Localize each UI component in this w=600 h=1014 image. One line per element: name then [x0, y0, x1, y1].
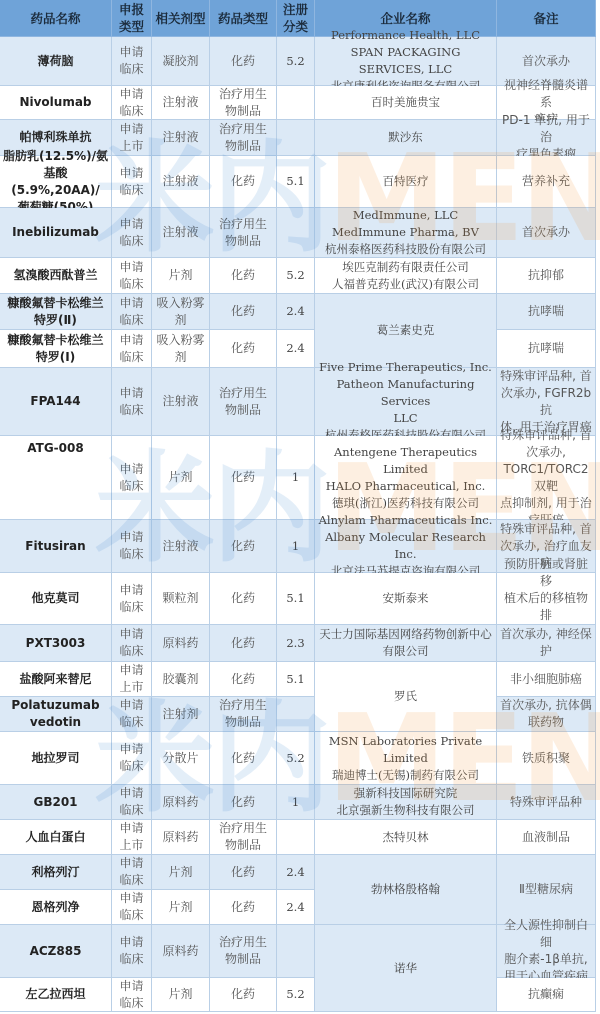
cell-application-type: 申请 临床	[112, 732, 152, 785]
cell-drug-name: FPA144	[0, 368, 112, 436]
cell-drug-type-text: 化药	[231, 671, 255, 688]
cell-drug-name-text: FPA144	[30, 393, 80, 410]
cell-company-name: 安斯泰来	[315, 573, 497, 625]
cell-company-name: 诺华	[315, 925, 497, 1012]
cell-company-name: MedImmune, LLC MedImmune Pharma, BV 杭州泰格…	[315, 208, 497, 258]
cell-registration-class: 5.1	[277, 573, 315, 625]
cell-drug-name: GB201	[0, 785, 112, 820]
cell-remarks-text: 全人源性抑制白细 胞介素-1β单抗, 用于心血管疾病	[500, 917, 592, 985]
cell-drug-type: 治疗用生 物制品	[210, 368, 277, 436]
cell-dosage-form-text: 分散片	[162, 750, 198, 767]
cell-registration-class-text: 1	[292, 469, 299, 486]
cell-remarks: PD-1 单抗, 用于治 疗黑色素瘤	[497, 120, 596, 156]
cell-drug-type-text: 治疗用生 物制品	[219, 820, 267, 854]
cell-remarks: 血液制品	[497, 820, 596, 855]
cell-dosage-form: 注射液	[152, 86, 210, 120]
cell-drug-type: 化药	[210, 37, 277, 86]
cell-application-type-text: 申请 临床	[119, 697, 143, 731]
cell-remarks: 抗哮喘	[497, 294, 596, 330]
cell-dosage-form-text: 片剂	[168, 986, 192, 1003]
cell-application-type: 申请 上市	[112, 820, 152, 855]
cell-company-name: 百时美施贵宝	[315, 86, 497, 120]
cell-drug-type: 化药	[210, 258, 277, 294]
cell-drug-name-text: PXT3003	[26, 635, 86, 652]
cell-drug-type: 化药	[210, 732, 277, 785]
cell-drug-name-text: Polatuzumab vedotin	[11, 697, 99, 731]
cell-drug-type-text: 化药	[231, 590, 255, 607]
cell-remarks: 抗抑郁	[497, 258, 596, 294]
cell-registration-class: 5.1	[277, 156, 315, 208]
cell-registration-class: 1	[277, 436, 315, 520]
cell-drug-name: ACZ885	[0, 925, 112, 978]
header-dosage-form: 相关剂型	[152, 0, 210, 37]
cell-application-type: 申请 临床	[112, 294, 152, 330]
cell-dosage-form-text: 注射液	[162, 94, 198, 111]
cell-application-type-text: 申请 临床	[119, 86, 143, 120]
cell-registration-class	[277, 368, 315, 436]
cell-application-type-text: 申请 临床	[119, 890, 143, 924]
cell-drug-type-text: 治疗用生 物制品	[219, 697, 267, 731]
cell-remarks: 铁质积聚	[497, 732, 596, 785]
cell-company-name-text: 安斯泰来	[383, 590, 429, 607]
cell-drug-name: 地拉罗司	[0, 732, 112, 785]
cell-drug-type-text: 化药	[231, 303, 255, 320]
cell-dosage-form: 原料药	[152, 925, 210, 978]
cell-application-type-text: 申请 临床	[119, 385, 143, 419]
cell-dosage-form-text: 原料药	[162, 943, 198, 960]
cell-dosage-form-text: 注射液	[162, 224, 198, 241]
cell-dosage-form: 吸入粉雾 剂	[152, 294, 210, 330]
cell-drug-name: 糠酸氟替卡松维兰 特罗(Ⅱ)	[0, 294, 112, 330]
cell-application-type: 申请 临床	[112, 855, 152, 890]
cell-drug-name: Polatuzumab vedotin	[0, 697, 112, 732]
cell-registration-class-text: 5.1	[286, 590, 304, 607]
cell-drug-type-text: 治疗用生 物制品	[219, 216, 267, 250]
cell-registration-class	[277, 86, 315, 120]
cell-dosage-form-text: 片剂	[168, 899, 192, 916]
header-application-type-text: 申报 类型	[119, 1, 144, 35]
cell-application-type: 申请 临床	[112, 625, 152, 662]
header-drug-type: 药品类型	[210, 0, 277, 37]
cell-application-type: 申请 临床	[112, 573, 152, 625]
cell-drug-name-text: 盐酸阿来替尼	[19, 671, 91, 688]
cell-company-name-text: 诺华	[394, 960, 417, 977]
cell-drug-name-text: 地拉罗司	[31, 750, 79, 767]
cell-drug-type: 化药	[210, 436, 277, 520]
cell-application-type: 申请 临床	[112, 436, 152, 520]
cell-company-name-text: 杰特贝林	[383, 829, 429, 846]
cell-company-name: 百特医疗	[315, 156, 497, 208]
cell-application-type-text: 申请 临床	[119, 934, 143, 968]
cell-dosage-form-text: 片剂	[168, 864, 192, 881]
cell-application-type-text: 申请 临床	[119, 855, 143, 889]
cell-drug-type: 化药	[210, 662, 277, 697]
cell-application-type-text: 申请 临床	[119, 332, 143, 366]
cell-drug-name: Inebilizumab	[0, 208, 112, 258]
cell-application-type: 申请 临床	[112, 37, 152, 86]
cell-drug-name: 恩格列净	[0, 890, 112, 925]
cell-registration-class-text: 2.4	[286, 340, 304, 357]
cell-dosage-form-text: 注射液	[162, 538, 198, 555]
cell-company-name: 勃林格殷格翰	[315, 855, 497, 925]
cell-drug-type-text: 化药	[231, 986, 255, 1003]
cell-application-type: 申请 临床	[112, 86, 152, 120]
cell-application-type: 申请 临床	[112, 330, 152, 368]
cell-company-name: 杰特贝林	[315, 820, 497, 855]
cell-dosage-form-text: 注射液	[162, 173, 198, 190]
cell-remarks: 预防肝脏或肾脏移 植术后的移植物排 斥反应	[497, 573, 596, 625]
cell-application-type: 申请 临床	[112, 697, 152, 732]
cell-registration-class-text: 5.2	[286, 267, 304, 284]
cell-remarks-text: 营养补充	[522, 173, 570, 190]
cell-company-name-text: 百时美施贵宝	[371, 94, 440, 111]
cell-application-type: 申请 临床	[112, 368, 152, 436]
cell-remarks: 抗哮喘	[497, 330, 596, 368]
cell-registration-class-text: 5.1	[286, 671, 304, 688]
cell-application-type: 申请 临床	[112, 978, 152, 1012]
cell-drug-name: 脂肪乳(12.5%)/氨 基酸(5.9%,20AA)/ 葡萄糖(50%)	[0, 156, 112, 208]
cell-drug-type: 化药	[210, 156, 277, 208]
cell-drug-type-text: 化药	[231, 750, 255, 767]
cell-drug-name-text: 帕博利珠单抗	[19, 129, 91, 146]
cell-drug-type-text: 化药	[231, 635, 255, 652]
cell-dosage-form: 分散片	[152, 732, 210, 785]
cell-drug-name: ATG-008	[0, 436, 112, 520]
cell-dosage-form: 注射液	[152, 120, 210, 156]
cell-drug-name-text: ACZ885	[30, 943, 82, 960]
cell-remarks-text: 特殊审评品种, 首 次承办, TORC1/TORC2 双靶 点抑制剂, 用于治 …	[500, 427, 592, 529]
header-remarks: 备注	[497, 0, 596, 37]
cell-drug-type-text: 治疗用生 物制品	[219, 934, 267, 968]
cell-remarks-text: 抗哮喘	[528, 303, 564, 320]
cell-application-type-text: 申请 临床	[119, 582, 143, 616]
cell-company-name: Antengene Therapeutics Limited HALO Phar…	[315, 436, 497, 520]
cell-company-name: 罗氏	[315, 662, 497, 732]
cell-application-type-text: 申请 临床	[119, 626, 143, 660]
cell-dosage-form-text: 凝胶剂	[162, 53, 198, 70]
cell-dosage-form: 胶囊剂	[152, 662, 210, 697]
cell-registration-class: 1	[277, 520, 315, 573]
cell-remarks-text: 非小细胞肺癌	[510, 671, 582, 688]
cell-drug-name-text: 人血白蛋白	[25, 829, 85, 846]
cell-registration-class: 2.4	[277, 890, 315, 925]
cell-application-type-text: 申请 上市	[119, 662, 143, 696]
cell-remarks-text: Ⅱ型糖尿病	[519, 881, 573, 898]
cell-drug-type-text: 治疗用生 物制品	[219, 121, 267, 155]
cell-drug-type: 化药	[210, 855, 277, 890]
cell-company-name: 强新科技国际研究院 北京强新生物科技有限公司	[315, 785, 497, 820]
cell-dosage-form: 注射剂	[152, 697, 210, 732]
cell-dosage-form: 注射液	[152, 368, 210, 436]
cell-drug-name-text: ATG-008	[27, 440, 83, 457]
cell-application-type: 申请 上市	[112, 662, 152, 697]
cell-drug-name: 氢溴酸西酞普兰	[0, 258, 112, 294]
cell-registration-class: 2.4	[277, 294, 315, 330]
cell-drug-type-text: 治疗用生 物制品	[219, 385, 267, 419]
header-drug-type-text: 药品类型	[218, 10, 268, 27]
cell-drug-type: 治疗用生 物制品	[210, 86, 277, 120]
cell-application-type-text: 申请 临床	[119, 529, 143, 563]
cell-drug-name: PXT3003	[0, 625, 112, 662]
cell-drug-type: 化药	[210, 625, 277, 662]
cell-remarks-text: 首次承办, 抗体偶 联药物	[500, 697, 592, 731]
header-dosage-form-text: 相关剂型	[155, 10, 205, 27]
cell-dosage-form: 吸入粉雾 剂	[152, 330, 210, 368]
cell-registration-class-text: 1	[292, 794, 299, 811]
cell-application-type-text: 申请 临床	[119, 461, 143, 495]
cell-drug-type: 化药	[210, 890, 277, 925]
header-remarks-text: 备注	[533, 10, 558, 27]
cell-application-type: 申请 临床	[112, 208, 152, 258]
cell-remarks-text: 抗抑郁	[528, 267, 564, 284]
cell-drug-type: 化药	[210, 294, 277, 330]
cell-company-name-text: MedImmune, LLC MedImmune Pharma, BV 杭州泰格…	[325, 207, 486, 258]
cell-drug-type-text: 化药	[231, 173, 255, 190]
cell-drug-name-text: 薄荷脑	[37, 53, 73, 70]
cell-company-name: 埃匹克制药有限责任公司 人福普克药业(武汉)有限公司	[315, 258, 497, 294]
cell-remarks-text: 铁质积聚	[522, 750, 570, 767]
cell-application-type: 申请 临床	[112, 258, 152, 294]
cell-drug-name: 利格列汀	[0, 855, 112, 890]
cell-drug-type: 治疗用生 物制品	[210, 925, 277, 978]
cell-drug-name-text: GB201	[33, 794, 77, 811]
cell-remarks: 特殊审评品种	[497, 785, 596, 820]
cell-remarks: 首次承办, 抗体偶 联药物	[497, 697, 596, 732]
cell-drug-type: 化药	[210, 785, 277, 820]
cell-drug-name-text: 脂肪乳(12.5%)/氨 基酸(5.9%,20AA)/ 葡萄糖(50%)	[3, 148, 108, 216]
cell-registration-class-text: 5.2	[286, 986, 304, 1003]
cell-company-name: Performance Health, LLC SPAN PACKAGING S…	[315, 37, 497, 86]
cell-dosage-form-text: 片剂	[168, 469, 192, 486]
cell-drug-type: 治疗用生 物制品	[210, 208, 277, 258]
cell-company-name: Five Prime Therapeutics, Inc. Patheon Ma…	[315, 368, 497, 436]
cell-dosage-form: 注射液	[152, 520, 210, 573]
cell-remarks: 首次承办, 神经保 护	[497, 625, 596, 662]
cell-dosage-form: 原料药	[152, 820, 210, 855]
cell-application-type: 申请 临床	[112, 925, 152, 978]
cell-dosage-form: 颗粒剂	[152, 573, 210, 625]
cell-dosage-form: 凝胶剂	[152, 37, 210, 86]
cell-dosage-form: 原料药	[152, 785, 210, 820]
cell-drug-name: 薄荷脑	[0, 37, 112, 86]
cell-drug-name: 人血白蛋白	[0, 820, 112, 855]
cell-drug-type-text: 化药	[231, 267, 255, 284]
cell-remarks-text: 首次承办	[522, 224, 570, 241]
cell-dosage-form: 原料药	[152, 625, 210, 662]
cell-drug-name: 盐酸阿来替尼	[0, 662, 112, 697]
cell-remarks: 首次承办	[497, 208, 596, 258]
cell-company-name: 葛兰素史克	[315, 294, 497, 368]
cell-registration-class-text: 5.1	[286, 173, 304, 190]
cell-registration-class-text: 5.2	[286, 53, 304, 70]
cell-dosage-form: 片剂	[152, 978, 210, 1012]
cell-application-type-text: 申请 临床	[119, 741, 143, 775]
cell-drug-name: 他克莫司	[0, 573, 112, 625]
header-application-type: 申报 类型	[112, 0, 152, 37]
cell-registration-class: 5.2	[277, 978, 315, 1012]
cell-drug-name: 左乙拉西坦	[0, 978, 112, 1012]
cell-drug-name-text: 利格列汀	[31, 864, 79, 881]
cell-dosage-form-text: 胶囊剂	[162, 671, 198, 688]
cell-application-type-text: 申请 临床	[119, 216, 143, 250]
cell-application-type-text: 申请 临床	[119, 165, 143, 199]
cell-application-type-text: 申请 临床	[119, 785, 143, 819]
cell-drug-type-text: 化药	[231, 340, 255, 357]
cell-drug-name-text: 糠酸氟替卡松维兰 特罗(Ⅱ)	[7, 295, 103, 329]
cell-application-type: 申请 临床	[112, 785, 152, 820]
cell-drug-name: Nivolumab	[0, 86, 112, 120]
cell-application-type-text: 申请 临床	[119, 259, 143, 293]
cell-dosage-form: 注射液	[152, 208, 210, 258]
cell-drug-name-text: Fitusiran	[25, 538, 85, 555]
cell-registration-class	[277, 697, 315, 732]
cell-dosage-form-text: 片剂	[168, 267, 192, 284]
cell-remarks: 抗癫痫	[497, 978, 596, 1012]
cell-registration-class	[277, 120, 315, 156]
cell-remarks-text: 特殊审评品种	[510, 794, 582, 811]
cell-application-type-text: 申请 上市	[119, 121, 143, 155]
cell-remarks-text: 特殊审评品种, 首 次承办, FGFR2b 抗 体, 用于治疗胃癌	[500, 368, 592, 436]
cell-company-name: 天士力国际基因网络药物创新中心 有限公司	[315, 625, 497, 662]
cell-registration-class	[277, 925, 315, 978]
cell-remarks-text: 血液制品	[522, 829, 570, 846]
header-company-name-text: 企业名称	[380, 10, 430, 27]
cell-drug-type: 化药	[210, 978, 277, 1012]
cell-registration-class: 2.3	[277, 625, 315, 662]
cell-company-name: MSN Laboratories Private Limited 瑞迪博士(无锡…	[315, 732, 497, 785]
cell-company-name-text: Performance Health, LLC SPAN PACKAGING S…	[318, 27, 493, 95]
cell-company-name-text: Five Prime Therapeutics, Inc. Patheon Ma…	[318, 359, 493, 444]
cell-drug-name-text: Nivolumab	[19, 94, 91, 111]
cell-registration-class-text: 2.4	[286, 864, 304, 881]
cell-application-type-text: 申请 临床	[119, 44, 143, 78]
cell-dosage-form: 片剂	[152, 258, 210, 294]
cell-dosage-form: 片剂	[152, 855, 210, 890]
cell-drug-type-text: 化药	[231, 538, 255, 555]
cell-remarks-text: 抗癫痫	[528, 986, 564, 1003]
cell-company-name: Alnylam Pharmaceuticals Inc. Albany Mole…	[315, 520, 497, 573]
cell-registration-class: 5.2	[277, 732, 315, 785]
cell-registration-class: 5.1	[277, 662, 315, 697]
cell-remarks-text: 首次承办	[522, 53, 570, 70]
cell-dosage-form-text: 原料药	[162, 829, 198, 846]
cell-company-name-text: 葛兰素史克	[377, 322, 435, 339]
cell-dosage-form: 片剂	[152, 890, 210, 925]
cell-dosage-form-text: 原料药	[162, 794, 198, 811]
cell-drug-name-text: 恩格列净	[31, 899, 79, 916]
cell-application-type: 申请 临床	[112, 890, 152, 925]
cell-drug-type: 化药	[210, 520, 277, 573]
cell-application-type-text: 申请 临床	[119, 978, 143, 1012]
cell-application-type: 申请 临床	[112, 520, 152, 573]
header-registration-class: 注册 分类	[277, 0, 315, 37]
cell-drug-type: 治疗用生 物制品	[210, 820, 277, 855]
cell-application-type: 申请 上市	[112, 120, 152, 156]
cell-drug-type-text: 治疗用生 物制品	[219, 86, 267, 120]
header-drug-name-text: 药品名称	[30, 10, 80, 27]
cell-drug-type-text: 化药	[231, 53, 255, 70]
cell-dosage-form-text: 注射剂	[162, 706, 198, 723]
cell-remarks: 营养补充	[497, 156, 596, 208]
cell-drug-name-text: 他克莫司	[31, 590, 79, 607]
cell-dosage-form-text: 吸入粉雾 剂	[156, 295, 204, 329]
cell-registration-class: 5.2	[277, 258, 315, 294]
cell-remarks-text: 首次承办, 神经保 护	[500, 626, 592, 660]
cell-company-name-text: 埃匹克制药有限责任公司 人福普克药业(武汉)有限公司	[332, 259, 479, 293]
cell-registration-class-text: 2.4	[286, 899, 304, 916]
cell-drug-type-text: 化药	[231, 794, 255, 811]
cell-application-type: 申请 临床	[112, 156, 152, 208]
cell-remarks: 非小细胞肺癌	[497, 662, 596, 697]
cell-registration-class-text: 1	[292, 538, 299, 555]
cell-company-name: 默沙东	[315, 120, 497, 156]
cell-company-name-text: 强新科技国际研究院 北京强新生物科技有限公司	[337, 785, 475, 819]
cell-registration-class-text: 2.3	[286, 635, 304, 652]
cell-company-name-text: 百特医疗	[383, 173, 429, 190]
cell-remarks: 全人源性抑制白细 胞介素-1β单抗, 用于心血管疾病	[497, 925, 596, 978]
cell-company-name-text: MSN Laboratories Private Limited 瑞迪博士(无锡…	[329, 733, 482, 784]
cell-drug-name-text: 氢溴酸西酞普兰	[13, 267, 97, 284]
cell-drug-name-text: 左乙拉西坦	[25, 986, 85, 1003]
cell-registration-class-text: 5.2	[286, 750, 304, 767]
cell-drug-type: 化药	[210, 573, 277, 625]
cell-dosage-form-text: 颗粒剂	[162, 590, 198, 607]
cell-registration-class: 2.4	[277, 855, 315, 890]
cell-registration-class: 2.4	[277, 330, 315, 368]
cell-registration-class	[277, 208, 315, 258]
cell-dosage-form-text: 注射液	[162, 129, 198, 146]
cell-drug-name-text: 糠酸氟替卡松维兰 特罗(Ⅰ)	[7, 332, 103, 366]
header-drug-name: 药品名称	[0, 0, 112, 37]
cell-application-type-text: 申请 临床	[119, 295, 143, 329]
cell-company-name-text: 勃林格殷格翰	[371, 881, 440, 898]
header-registration-class-text: 注册 分类	[283, 1, 308, 35]
cell-registration-class	[277, 820, 315, 855]
drug-registration-table: 药品名称申报 类型相关剂型药品类型注册 分类企业名称备注薄荷脑申请 临床凝胶剂化…	[0, 0, 596, 1012]
cell-registration-class: 5.2	[277, 37, 315, 86]
cell-remarks: 特殊审评品种, 首 次承办, TORC1/TORC2 双靶 点抑制剂, 用于治 …	[497, 436, 596, 520]
cell-company-name-text: 天士力国际基因网络药物创新中心 有限公司	[319, 626, 492, 660]
cell-drug-name: Fitusiran	[0, 520, 112, 573]
cell-dosage-form: 片剂	[152, 436, 210, 520]
cell-dosage-form-text: 注射液	[162, 393, 198, 410]
cell-drug-type-text: 化药	[231, 899, 255, 916]
cell-registration-class-text: 2.4	[286, 303, 304, 320]
cell-company-name-text: Antengene Therapeutics Limited HALO Phar…	[318, 444, 493, 512]
cell-dosage-form: 注射液	[152, 156, 210, 208]
cell-remarks-text: 抗哮喘	[528, 340, 564, 357]
cell-dosage-form-text: 原料药	[162, 635, 198, 652]
cell-drug-type: 治疗用生 物制品	[210, 697, 277, 732]
cell-drug-name-text: Inebilizumab	[12, 224, 99, 241]
cell-remarks: Ⅱ型糖尿病	[497, 855, 596, 925]
cell-application-type-text: 申请 上市	[119, 820, 143, 854]
cell-company-name-text: 罗氏	[394, 688, 417, 705]
cell-drug-type-text: 化药	[231, 469, 255, 486]
cell-drug-name: 糠酸氟替卡松维兰 特罗(Ⅰ)	[0, 330, 112, 368]
cell-drug-type: 治疗用生 物制品	[210, 120, 277, 156]
cell-company-name-text: Alnylam Pharmaceuticals Inc. Albany Mole…	[318, 512, 493, 580]
cell-drug-type: 化药	[210, 330, 277, 368]
cell-registration-class: 1	[277, 785, 315, 820]
cell-company-name-text: 默沙东	[388, 129, 423, 146]
cell-drug-type-text: 化药	[231, 864, 255, 881]
cell-dosage-form-text: 吸入粉雾 剂	[156, 332, 204, 366]
